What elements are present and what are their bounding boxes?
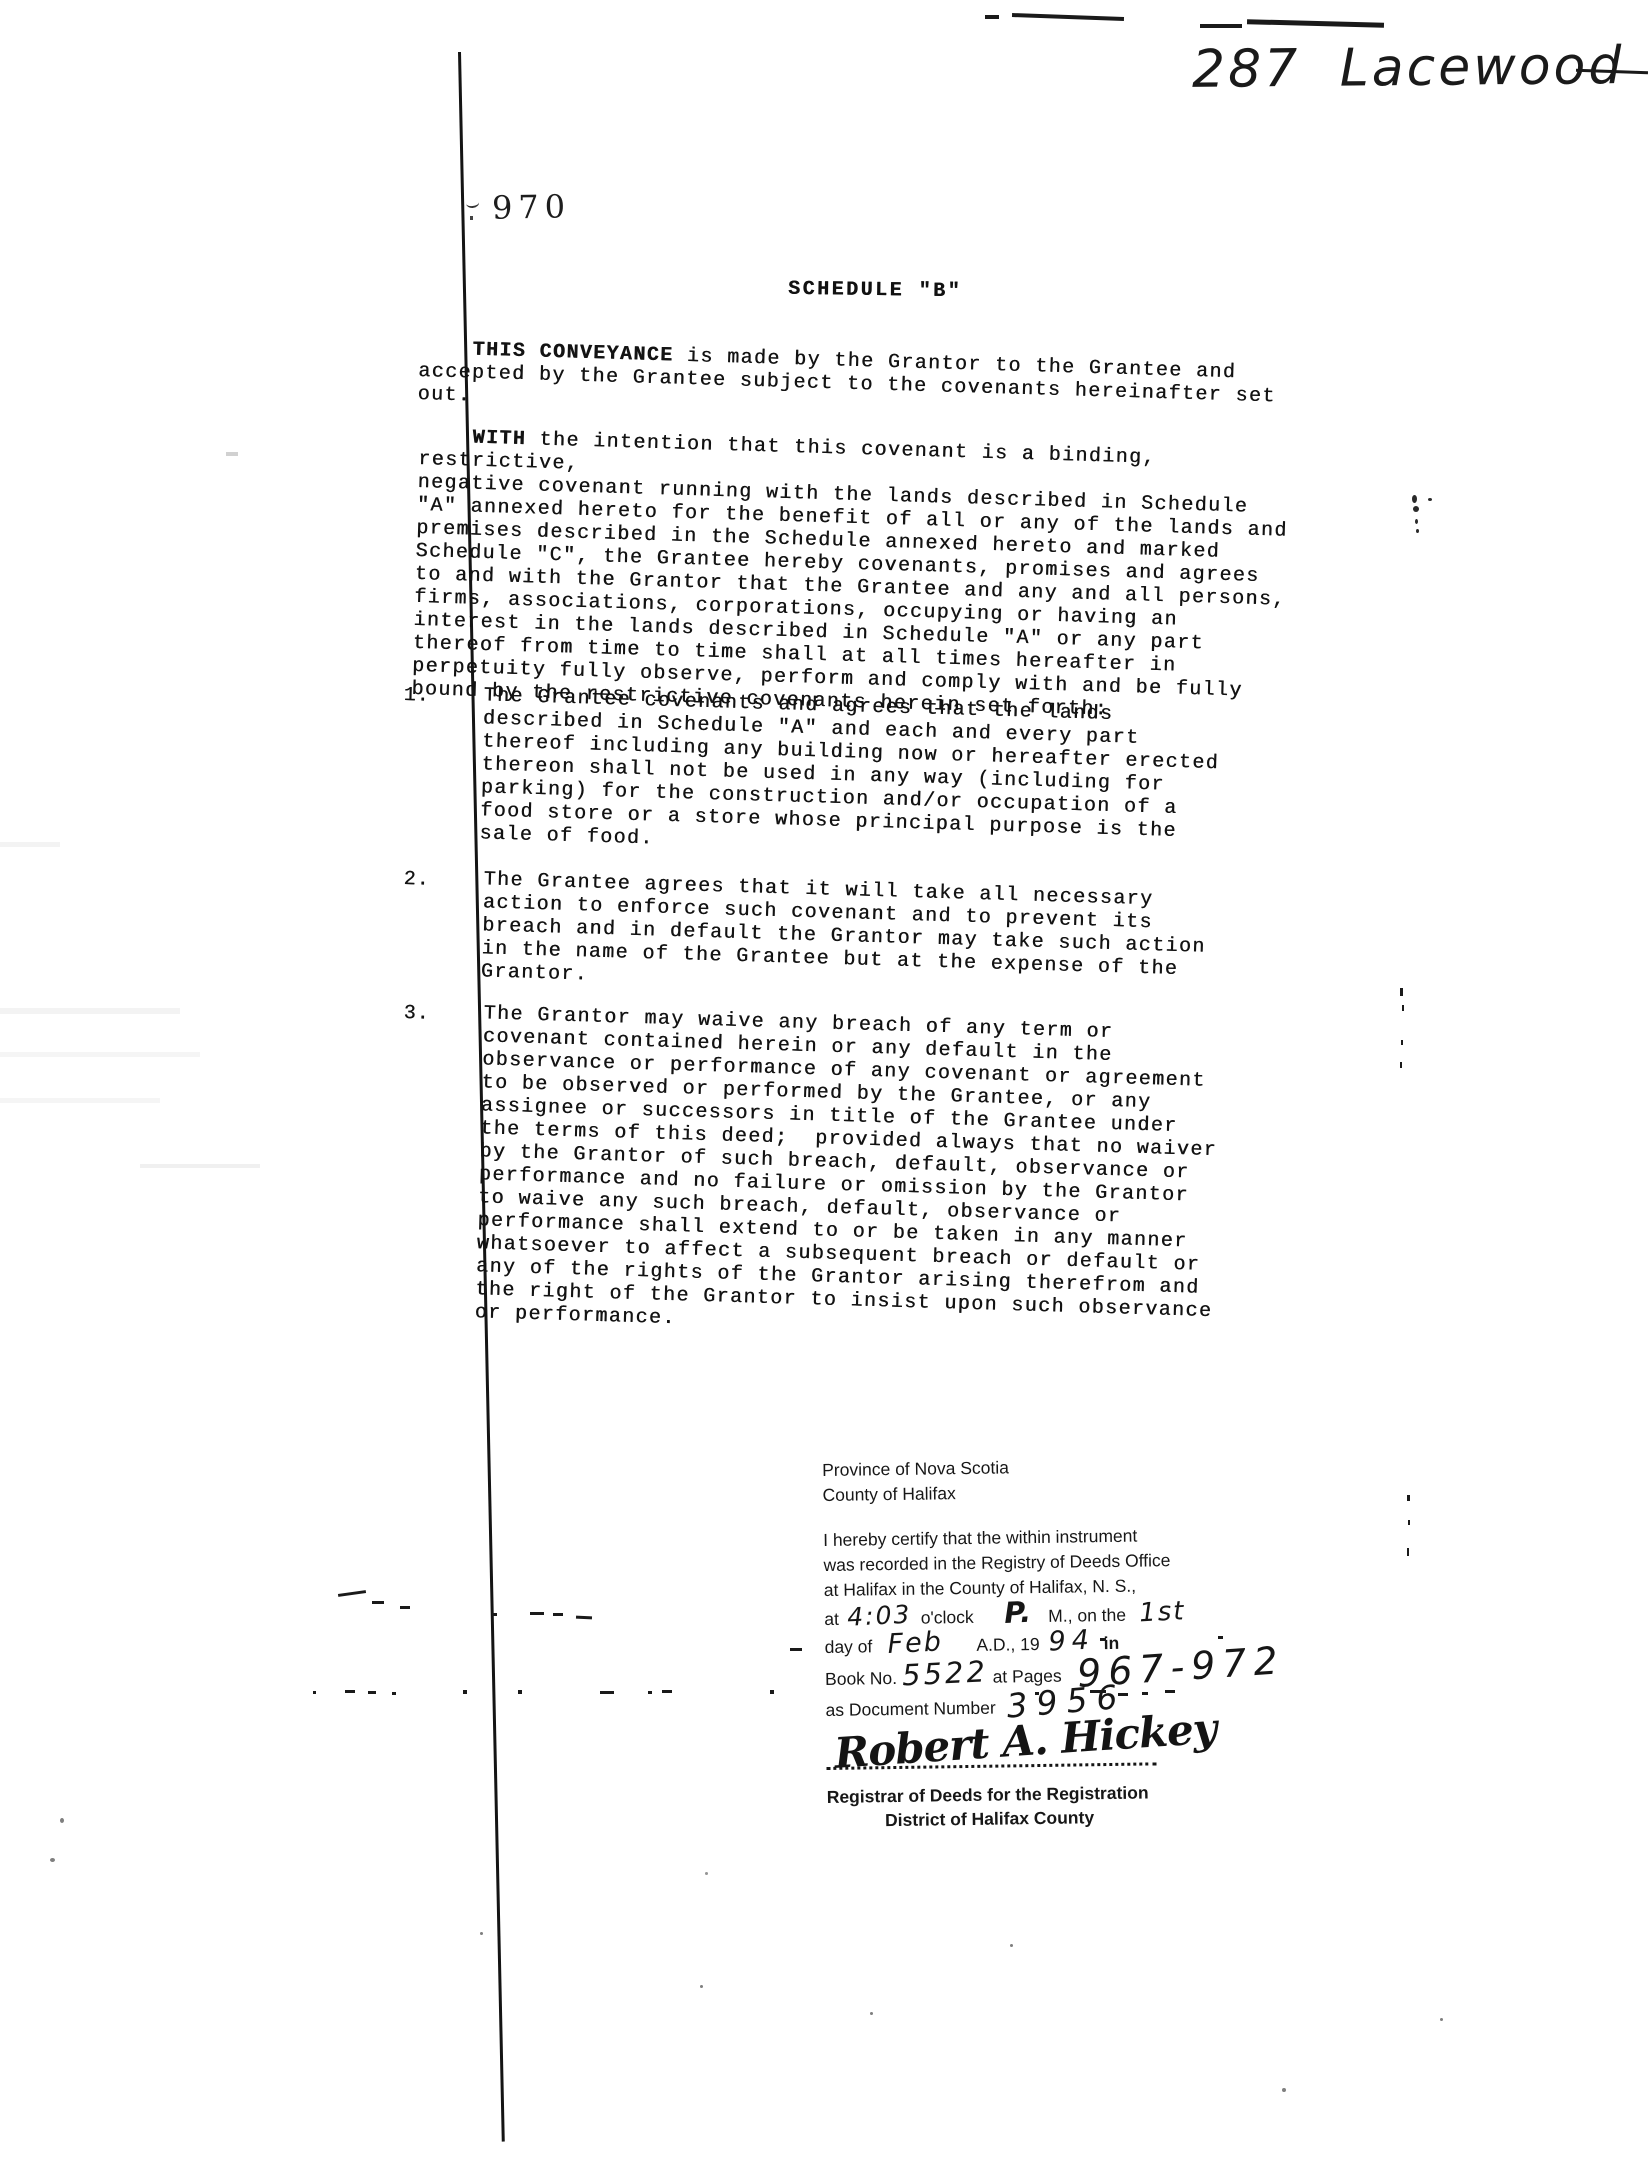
scan-artifact: [770, 1690, 774, 1694]
covenant-number: 3.: [403, 1002, 430, 1026]
covenant-text: The Grantor may waive any breach of any …: [474, 1002, 1253, 1347]
stamp-meridiem-suffix: M., on the: [1048, 1605, 1126, 1626]
scan-artifact: [553, 1613, 563, 1616]
stamp-book-prefix: Book No.: [825, 1668, 897, 1689]
scan-artifact: [492, 1613, 497, 1616]
page-number: 970: [492, 187, 572, 226]
scan-artifact: [1142, 1692, 1148, 1695]
scan-artifact: [790, 1648, 802, 1651]
scan-artifact: [1247, 19, 1384, 28]
paragraph-text: the intention that this covenant is a bi…: [411, 428, 1288, 721]
scan-artifact: [1090, 1690, 1106, 1693]
scan-artifact: [576, 1616, 592, 1620]
handwritten-address-annotation: 287 Lacewood: [1192, 36, 1625, 100]
covenant-item-1: 1. The Grantee covenants and agrees that…: [399, 682, 1253, 868]
scan-artifact: [870, 2012, 873, 2015]
covenant-text: The Grantee agrees that it will take all…: [481, 868, 1254, 1006]
scan-artifact: [1407, 1495, 1410, 1501]
covenant-number: 2.: [403, 868, 430, 892]
scan-artifact: [1415, 519, 1418, 524]
scan-artifact: [700, 1985, 703, 1988]
scan-artifact: [463, 1690, 467, 1694]
scanned-deed-page: 287 Lacewood 970 SCHEDULE "B" THIS CONVE…: [0, 0, 1648, 2172]
registry-stamp: Province of Nova Scotia County of Halifa…: [822, 1450, 1387, 1833]
scan-artifact: [1165, 1690, 1175, 1693]
scan-artifact: [368, 1691, 376, 1694]
scan-artifact: [140, 1164, 260, 1168]
covenant-text: The Grantee covenants and agrees that th…: [479, 684, 1253, 868]
stamp-doc-prefix: as Document Number: [825, 1698, 995, 1720]
scan-artifact: [226, 452, 238, 456]
scan-artifact: [1218, 1636, 1223, 1639]
scan-artifact: [705, 1872, 708, 1875]
scan-artifact: [1035, 1692, 1039, 1695]
scan-artifact: [1407, 1548, 1409, 1556]
scan-artifact: [1118, 1693, 1128, 1696]
scan-artifact: [1400, 1062, 1402, 1068]
scan-artifact: [372, 1601, 384, 1604]
schedule-title: SCHEDULE "B": [788, 278, 962, 303]
covenant-item-3: 3. The Grantor may waive any breach of a…: [394, 1000, 1253, 1347]
scan-artifact: [1012, 13, 1124, 21]
handwritten-book-number: 5522: [901, 1659, 988, 1688]
scan-artifact: [1412, 495, 1417, 503]
covenant-number: 1.: [403, 684, 430, 708]
scan-artifact: [0, 1098, 160, 1103]
scan-artifact: [1402, 1005, 1404, 1011]
paragraph-lead: WITH: [472, 427, 526, 452]
scan-artifact: [0, 842, 60, 847]
handwritten-day: 1st: [1138, 1599, 1185, 1626]
scan-artifact: [338, 1590, 366, 1597]
handwritten-month: Feb: [887, 1629, 943, 1657]
scan-artifact: [600, 1691, 614, 1694]
scan-artifact: [530, 1612, 544, 1615]
scan-artifact: [480, 1932, 483, 1935]
scan-artifact: [345, 1690, 355, 1693]
scan-artifact: [1440, 2018, 1443, 2021]
scan-artifact: [0, 1052, 200, 1057]
scan-artifact: [1282, 2088, 1286, 2092]
scan-artifact: [1100, 1638, 1106, 1641]
handwritten-time: 4:03: [847, 1602, 912, 1630]
scan-artifact: [50, 1858, 55, 1862]
stamp-time-prefix: at: [824, 1609, 839, 1629]
scan-artifact: [400, 1606, 410, 1609]
scan-artifact: [1400, 988, 1403, 996]
scan-artifact: [60, 1818, 64, 1823]
scan-artifact: [313, 1691, 316, 1694]
scan-artifact: [1428, 498, 1432, 501]
scan-artifact: [985, 15, 999, 19]
scan-artifact: [662, 1690, 672, 1693]
scan-artifact: [1200, 24, 1242, 28]
scan-artifact: [392, 1692, 396, 1695]
pen-mark: [470, 216, 473, 220]
scan-artifact: [648, 1691, 652, 1694]
handwritten-meridiem: P.: [1004, 1600, 1034, 1626]
scan-artifact: [1416, 529, 1419, 533]
scan-artifact: [0, 1008, 180, 1014]
pen-mark: [466, 197, 480, 208]
scan-artifact: [1010, 1944, 1013, 1947]
stamp-oclock: o'clock: [921, 1607, 974, 1628]
scan-artifact: [1401, 1040, 1403, 1045]
stamp-ad: A.D., 19: [976, 1634, 1040, 1655]
stamp-dayof: day of: [824, 1636, 872, 1657]
signature-row: Robert A. Hickey: [826, 1719, 1387, 1785]
scan-artifact: [1413, 506, 1419, 512]
scan-artifact: [518, 1690, 522, 1694]
scan-artifact: [1408, 1520, 1410, 1525]
covenant-item-2: 2. The Grantee agrees that it will take …: [401, 866, 1254, 1006]
